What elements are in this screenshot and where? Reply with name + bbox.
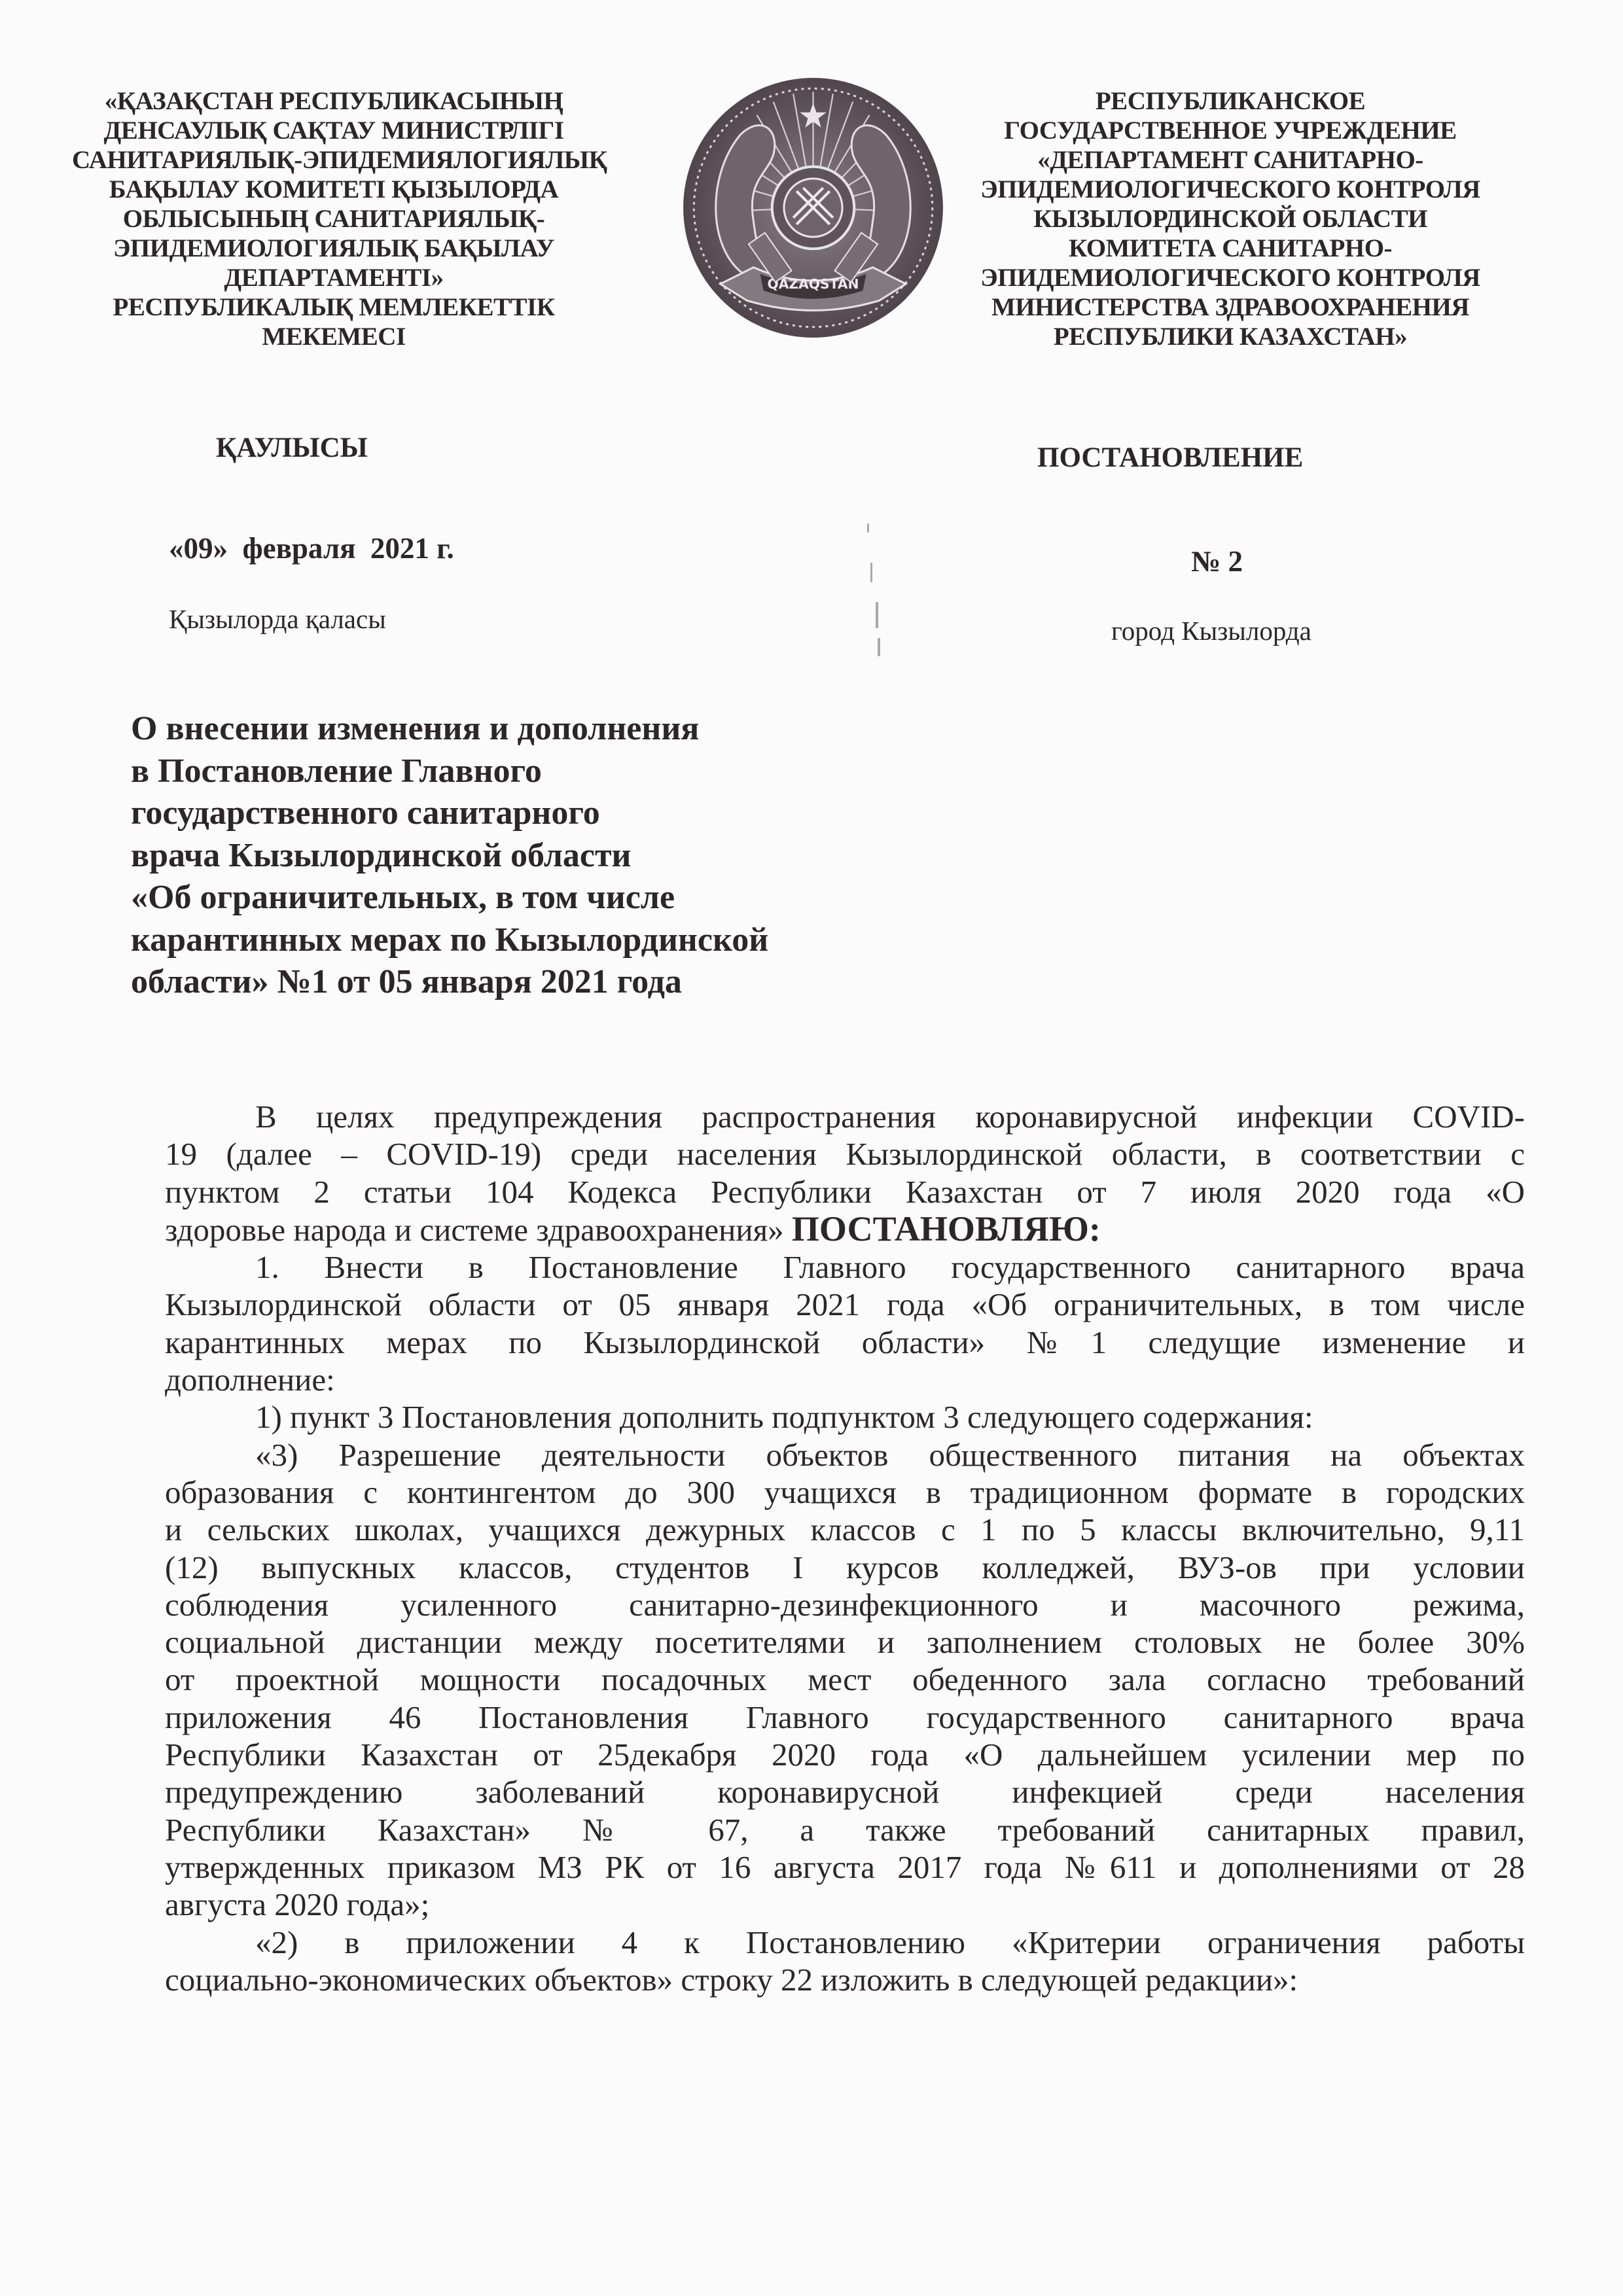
- header-kz-line: БАҚЫЛАУ КОМИТЕТІ ҚЫЗЫЛОРДА: [72, 175, 596, 204]
- header-kz-organization: «ҚАЗАҚСТАН РЕСПУБЛИКАСЫНЫҢ ДЕНСАУЛЫҚ САҚ…: [72, 86, 596, 351]
- state-emblem-of-kazakhstan-icon: QAZAQSTAN: [681, 75, 946, 340]
- body-line: 1) пункт 3 Постановления дополнить подпу…: [165, 1398, 1525, 1436]
- body-line: социальной дистанции между посетителями …: [165, 1623, 1525, 1661]
- header-ru-line: МИНИСТЕРСТВА ЗДРАВООХРАНЕНИЯ: [929, 292, 1531, 322]
- document-date: «09» февраля 2021 г.: [169, 531, 454, 565]
- body-line: утвержденных приказом МЗ РК от 16 август…: [165, 1848, 1525, 1886]
- body-line: 1. Внести в Постановление Главного госуд…: [165, 1248, 1525, 1286]
- header-ru-line: КЫЗЫЛОРДИНСКОЙ ОБЛАСТИ: [929, 204, 1531, 234]
- subject-line: врача Кызылординской области: [131, 835, 916, 877]
- item-1-paragraph: 1. Внести в Постановление Главного госуд…: [165, 1248, 1525, 1398]
- header-kz-line: ДЕНСАУЛЫҚ САҚТАУ МИНИСТРЛІГІ: [72, 116, 596, 145]
- body-line: предупреждению заболеваний коронавирусно…: [165, 1773, 1525, 1810]
- body-line: «2) в приложении 4 к Постановлению «Крит…: [165, 1924, 1525, 1961]
- body-line: здоровье народа и системе здравоохранени…: [165, 1210, 1525, 1248]
- header-kz-line: «ҚАЗАҚСТАН РЕСПУБЛИКАСЫНЫҢ: [72, 86, 596, 116]
- body-line: 19 (далее – COVID-19) среди населения Кы…: [165, 1135, 1525, 1173]
- header-kz-line: ЭПИДЕМИОЛОГИЯЛЫҚ БАҚЫЛАУ: [72, 234, 596, 263]
- body-line: дополнение:: [165, 1361, 1525, 1398]
- body-line: (12) выпускных классов, студентов I курс…: [165, 1549, 1525, 1586]
- header-kz-line: САНИТАРИЯЛЫҚ-ЭПИДЕМИЯЛОГИЯЛЫҚ: [72, 145, 596, 175]
- subject-line: в Постановление Главного: [131, 751, 916, 793]
- doc-type-kz: ҚАУЛЫСЫ: [216, 432, 368, 464]
- subject-line: «Об ограничительных, в том числе: [131, 877, 916, 919]
- decree-word: ПОСТАНОВЛЯЮ:: [792, 1209, 1101, 1248]
- body-line: «3) Разрешение деятельности объектов общ…: [165, 1436, 1525, 1474]
- header-ru-line: ГОСУДАРСТВЕННОЕ УЧРЕЖДЕНИЕ: [929, 116, 1531, 145]
- body-line: образования с контингентом до 300 учащих…: [165, 1474, 1525, 1511]
- header-ru-organization: РЕСПУБЛИКАНСКОЕ ГОСУДАРСТВЕННОЕ УЧРЕЖДЕН…: [929, 86, 1531, 351]
- body-line: карантинных мерах по Кызылординской обла…: [165, 1324, 1525, 1361]
- header-ru-line: ЭПИДЕМИОЛОГИЧЕСКОГО КОНТРОЛЯ: [929, 175, 1531, 204]
- body-line: пунктом 2 статьи 104 Кодекса Республики …: [165, 1173, 1525, 1210]
- body-line: Республики Казахстан от 25декабря 2020 г…: [165, 1736, 1525, 1773]
- header-ru-line: ЭПИДЕМИОЛОГИЧЕСКОГО КОНТРОЛЯ: [929, 263, 1531, 292]
- body-line: соблюдения усиленного санитарно-дезинфек…: [165, 1586, 1525, 1623]
- scan-artifact: [876, 602, 878, 628]
- header-kz-line: ОБЛЫСЫНЫҢ САНИТАРИЯЛЫҚ-: [72, 204, 596, 234]
- subitem-2-paragraph: «2) в приложении 4 к Постановлению «Крит…: [165, 1924, 1525, 1999]
- preamble-paragraph: В целях предупреждения распространения к…: [165, 1098, 1525, 1248]
- document-body: В целях предупреждения распространения к…: [165, 1098, 1525, 1998]
- subject-line: государственного санитарного: [131, 792, 916, 835]
- body-line-text: здоровье народа и системе здравоохранени…: [165, 1212, 784, 1248]
- subject-line: О внесении изменения и дополнения: [131, 708, 916, 751]
- document-number: № 2: [1191, 544, 1243, 578]
- subitem-1-paragraph: 1) пункт 3 Постановления дополнить подпу…: [165, 1398, 1525, 1436]
- body-line: Кызылординской области от 05 января 2021…: [165, 1286, 1525, 1323]
- city-ru: город Кызылорда: [1111, 615, 1311, 646]
- body-line: от проектной мощности посадочных мест об…: [165, 1661, 1525, 1698]
- document-subject: О внесении изменения и дополнения в Пост…: [131, 708, 916, 1004]
- body-line: социально-экономических объектов» строку…: [165, 1961, 1525, 1998]
- subject-line: карантинных мерах по Кызылординской: [131, 919, 916, 962]
- subject-line: области» №1 от 05 января 2021 года: [131, 961, 916, 1004]
- body-line: и сельских школах, учащихся дежурных кла…: [165, 1511, 1525, 1548]
- body-line: августа 2020 года»;: [165, 1886, 1525, 1923]
- header-ru-line: «ДЕПАРТАМЕНТ САНИТАРНО-: [929, 145, 1531, 175]
- scan-artifact: [878, 638, 880, 656]
- header-ru-line: РЕСПУБЛИКИ КАЗАХСТАН»: [929, 322, 1531, 351]
- doc-type-ru: ПОСТАНОВЛЕНИЕ: [1037, 442, 1303, 474]
- city-kz: Қызылорда қаласы: [169, 603, 386, 635]
- header-ru-line: РЕСПУБЛИКАНСКОЕ: [929, 86, 1531, 116]
- body-line: В целях предупреждения распространения к…: [165, 1098, 1525, 1135]
- header-kz-line: РЕСПУБЛИКАЛЫҚ МЕМЛЕКЕТТІК: [72, 292, 596, 322]
- subitem-1-quote-paragraph: «3) Разрешение деятельности объектов общ…: [165, 1436, 1525, 1924]
- body-line: приложения 46 Постановления Главного гос…: [165, 1699, 1525, 1736]
- scan-artifact: [867, 523, 869, 533]
- body-line: Республики Казахстан» № 67, а также треб…: [165, 1811, 1525, 1848]
- header-kz-line: МЕКЕМЕСІ: [72, 322, 596, 351]
- header-kz-line: ДЕПАРТАМЕНТІ»: [72, 263, 596, 292]
- scan-artifact: [870, 563, 872, 582]
- header-ru-line: КОМИТЕТА САНИТАРНО-: [929, 234, 1531, 263]
